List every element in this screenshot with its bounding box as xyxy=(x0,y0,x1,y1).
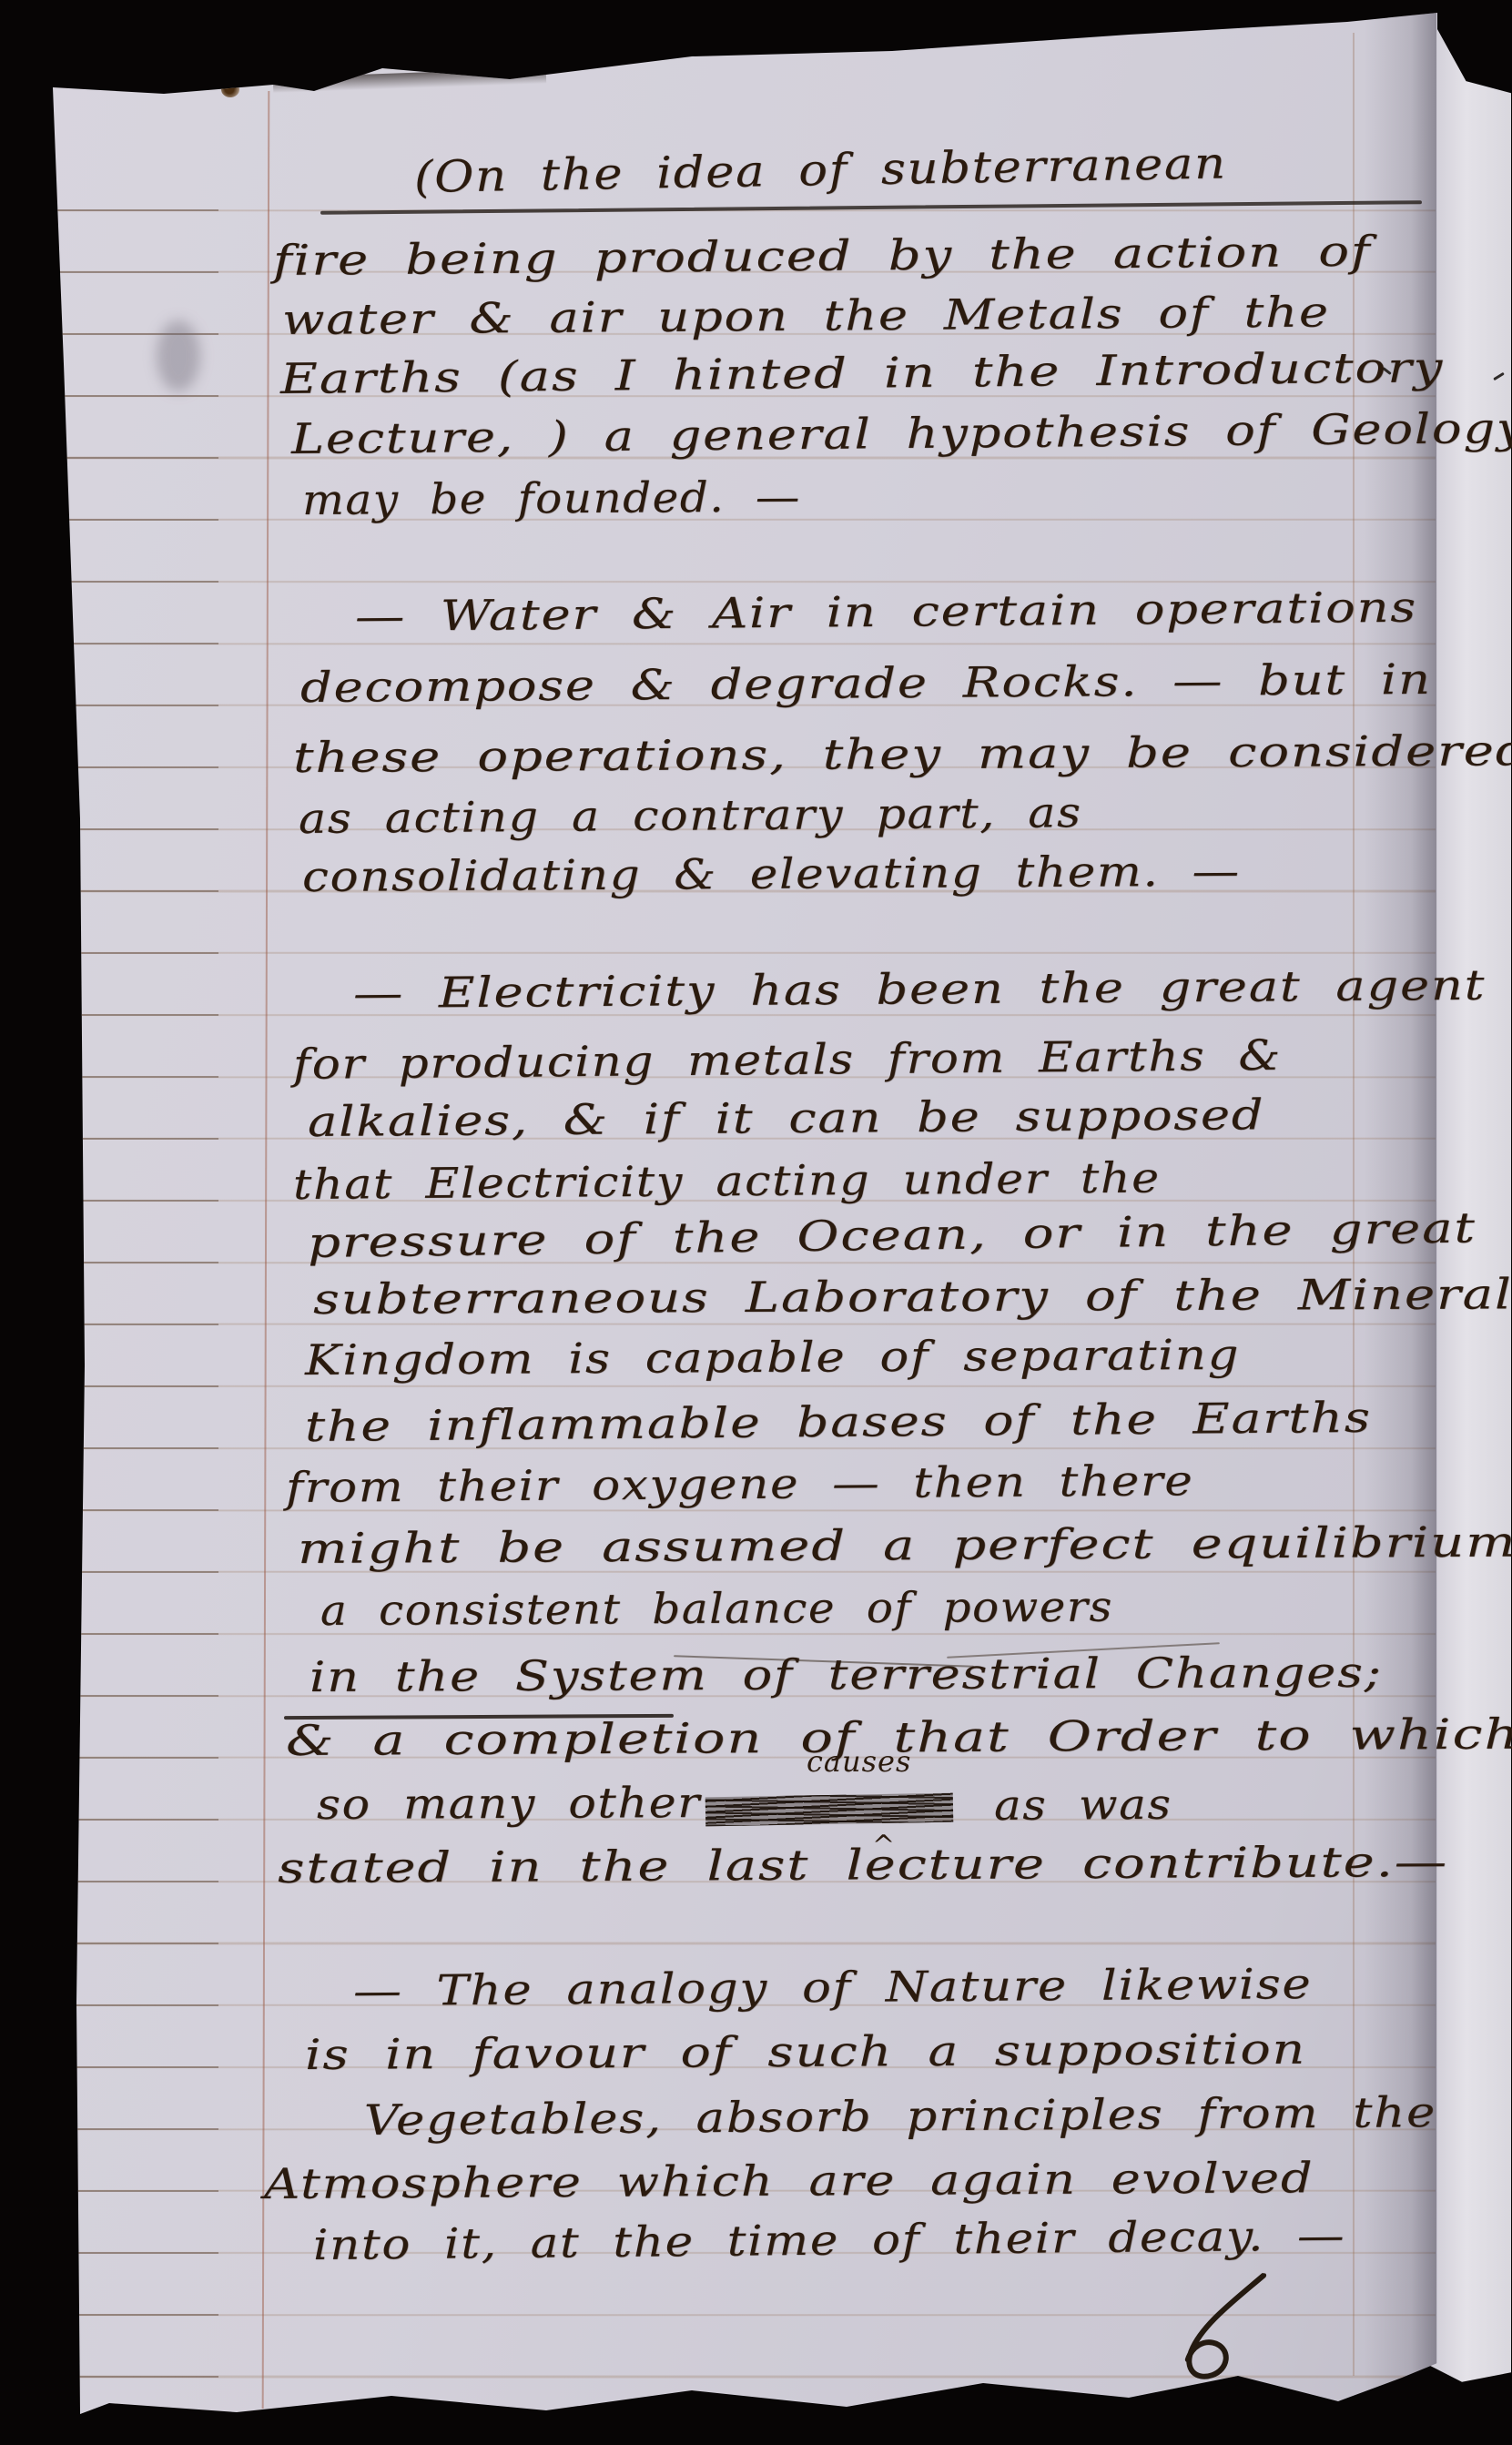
ink-flourish xyxy=(1159,2261,1291,2397)
manuscript-line: fire being produced by the action of xyxy=(273,227,1372,285)
manuscript-line: — Electricity has been the great agent xyxy=(353,960,1487,1018)
manuscript-line: consolidating & elevating them. — xyxy=(302,847,1241,901)
strikethrough-scribble xyxy=(705,1793,954,1827)
manuscript-line: (On the idea of subterranean xyxy=(413,137,1227,203)
manuscript-line: Atmosphere which are again evolved xyxy=(264,2153,1314,2208)
manuscript-line: — Water & Air in certain operations xyxy=(355,583,1418,641)
manuscript-line: Kingdom is capable of separating xyxy=(305,1330,1241,1385)
manuscript-line: alkalies, & if it can be supposed xyxy=(308,1090,1265,1146)
manuscript-line: that Electricity acting under the xyxy=(293,1152,1161,1209)
manuscript-line: in the System of terrestrial Changes; xyxy=(310,1648,1383,1701)
manuscript-line-fragment: as was xyxy=(994,1780,1172,1830)
manuscript-line: for producing metals from Earths & xyxy=(293,1030,1283,1089)
manuscript-line: from their oxygene — then there xyxy=(286,1456,1194,1512)
manuscript-line: — The analogy of Nature likewise xyxy=(353,1959,1313,2015)
manuscript-line: the inflammable bases of the Earths xyxy=(305,1393,1372,1451)
manuscript-line: these operations, they may be considered xyxy=(293,725,1512,782)
manuscript-line: subterraneous Laboratory of the Mineral xyxy=(313,1269,1512,1324)
manuscript-line: into it, at the time of their decay. — xyxy=(313,2210,1346,2269)
manuscript-line: is in favour of such a supposition xyxy=(305,2024,1306,2079)
manuscript-line: pressure of the Ocean, or in the great xyxy=(307,1202,1476,1267)
manuscript-photo: causes ^ as was (On the idea of subterra… xyxy=(0,0,1512,2445)
manuscript-line: may be founded. — xyxy=(302,472,801,524)
manuscript-line: a consistent balance of powers xyxy=(320,1582,1113,1635)
manuscript-line: stated in the last lecture contribute.— xyxy=(278,1837,1449,1892)
manuscript-line: decompose & degrade Rocks. — but in xyxy=(300,654,1432,712)
title-underline-stroke xyxy=(320,200,1422,215)
manuscript-line: Vegetables, absorb principles from the xyxy=(364,2087,1437,2145)
manuscript-line: Lecture, ) a general hypothesis of Geolo… xyxy=(291,403,1512,463)
manuscript-line: Earths (as I hinted in the Introductory xyxy=(280,342,1445,403)
manuscript-line: so many other xyxy=(317,1778,701,1829)
manuscript-line: water & air upon the Metals of the xyxy=(282,287,1330,344)
manuscript-line: as acting a contrary part, as xyxy=(299,787,1082,843)
handwriting-layer: causes ^ as was (On the idea of subterra… xyxy=(0,0,1512,2445)
manuscript-line: might be assumed a perfect equilibrium xyxy=(298,1517,1512,1573)
manuscript-line: & a completion of that Order to which xyxy=(286,1709,1512,1765)
